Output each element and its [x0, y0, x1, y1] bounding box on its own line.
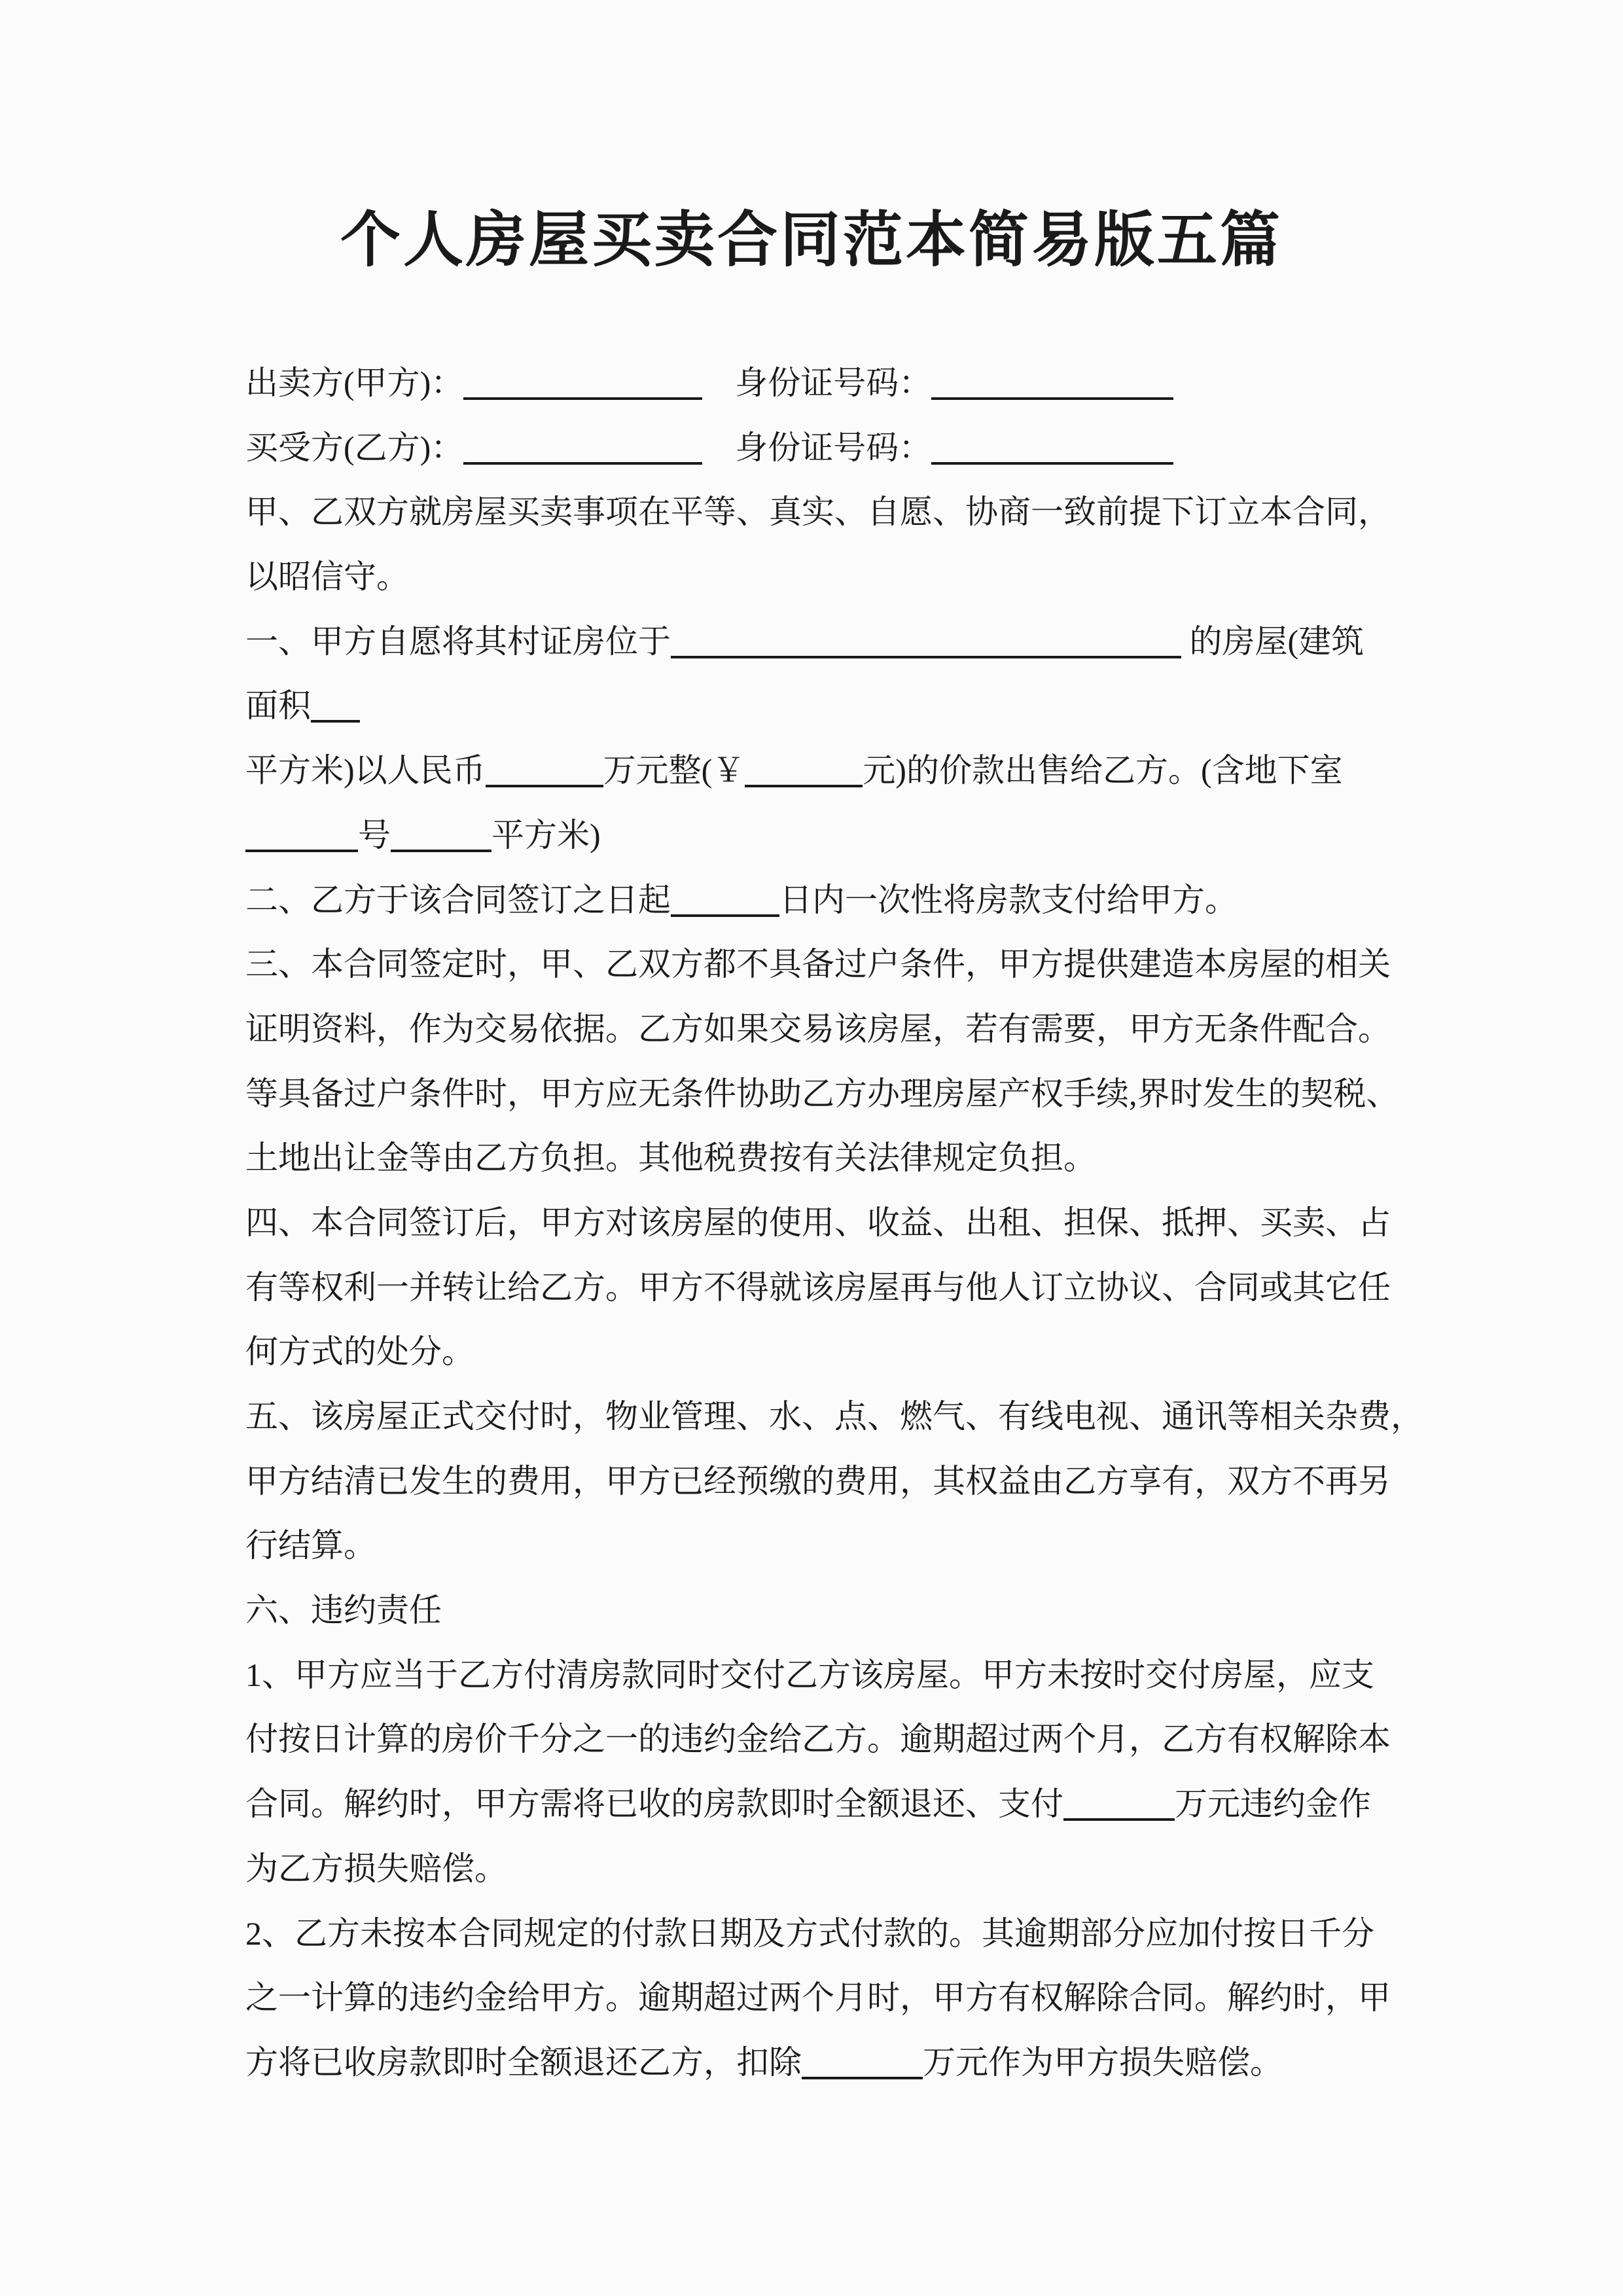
- text-line: 二、乙方于该合同签订之日起日内一次性将房款支付给甲方。: [245, 868, 1417, 933]
- line-text: 甲、乙双方就房屋买卖事项在平等、真实、自愿、协商一致前提下订立本合同，: [245, 493, 1391, 530]
- line-text: 买受方(乙方)：: [245, 429, 463, 466]
- text-line: 以昭信守。: [245, 545, 1417, 609]
- line-text: 等具备过户条件时，甲方应无条件协助乙方办理房屋产权手续,界时发生的契税、: [245, 1075, 1399, 1112]
- text-line: 五、该房屋正式交付时，物业管理、水、点、燃气、有线电视、通讯等相关杂费，: [245, 1384, 1417, 1449]
- text-line: 等具备过户条件时，甲方应无条件协助乙方办理房屋产权手续,界时发生的契税、: [245, 1062, 1417, 1126]
- line-text: 号: [358, 817, 391, 853]
- text-line: 2、乙方未按本合同规定的付款日期及方式付款的。其逾期部分应加付按日千分: [245, 1901, 1417, 1966]
- line-text: 日内一次性将房款支付给甲方。: [779, 882, 1238, 918]
- contract-page: 个人房屋买卖合同范本简易版五篇 出卖方(甲方)： 身份证号码：买受方(乙方)： …: [0, 0, 1623, 2296]
- line-text: 四、本合同签订后，甲方对该房屋的使用、收益、出租、担保、抵押、买卖、占: [245, 1204, 1391, 1241]
- line-text: 何方式的处分。: [245, 1333, 474, 1370]
- blank-underline: [311, 691, 360, 723]
- text-line: 出卖方(甲方)： 身份证号码：: [245, 351, 1417, 416]
- line-text: 合同。解约时，甲方需将已收的房款即时全额退还、支付: [245, 1785, 1063, 1822]
- text-line: 方将已收房款即时全额退还乙方，扣除万元作为甲方损失赔偿。: [245, 2030, 1417, 2095]
- text-line: 何方式的处分。: [245, 1319, 1417, 1384]
- line-text: 万元整(￥: [603, 752, 745, 789]
- blank-underline: [463, 368, 702, 400]
- text-line: 合同。解约时，甲方需将已收的房款即时全额退还、支付万元违约金作: [245, 1772, 1417, 1837]
- blank-underline: [802, 2047, 923, 2079]
- text-line: 证明资料，作为交易依据。乙方如果交易该房屋，若有需要，甲方无条件配合。: [245, 997, 1417, 1062]
- text-line: 一、甲方自愿将其村证房位于 的房屋(建筑: [245, 609, 1417, 674]
- line-text: 的房屋(建筑: [1181, 623, 1364, 660]
- blank-underline: [671, 626, 1181, 658]
- line-text: 土地出让金等由乙方负担。其他税费按有关法律规定负担。: [245, 1139, 1096, 1176]
- text-line: 1、甲方应当于乙方付清房款同时交付乙方该房屋。甲方未按时交付房屋，应支: [245, 1643, 1417, 1708]
- line-text: 平方米): [491, 817, 601, 853]
- blank-underline: [671, 885, 779, 917]
- text-line: 号平方米): [245, 803, 1417, 868]
- text-line: 甲、乙双方就房屋买卖事项在平等、真实、自愿、协商一致前提下订立本合同，: [245, 480, 1417, 545]
- blank-underline: [245, 820, 358, 852]
- line-text: 方将已收房款即时全额退还乙方，扣除: [245, 2044, 802, 2081]
- text-line: 有等权利一并转让给乙方。甲方不得就该房屋再与他人订立协议、合同或其它任: [245, 1255, 1417, 1320]
- line-text: 一、甲方自愿将其村证房位于: [245, 623, 671, 660]
- line-text: 面积: [245, 687, 311, 724]
- line-text: 三、本合同签定时，甲、乙双方都不具备过户条件，甲方提供建造本房屋的相关: [245, 946, 1391, 982]
- line-text: 1、甲方应当于乙方付清房款同时交付乙方该房屋。甲方未按时交付房屋，应支: [245, 1657, 1374, 1693]
- line-text: 以昭信守。: [245, 558, 409, 595]
- text-line: 四、本合同签订后，甲方对该房屋的使用、收益、出租、担保、抵押、买卖、占: [245, 1191, 1417, 1255]
- line-text: 元)的价款出售给乙方。(含地下室: [863, 752, 1342, 789]
- line-text: 行结算。: [245, 1527, 376, 1564]
- text-line: 六、违约责任: [245, 1578, 1417, 1643]
- blank-underline: [931, 433, 1173, 465]
- line-text: 为乙方损失赔偿。: [245, 1850, 507, 1887]
- line-text: 六、违约责任: [245, 1592, 442, 1628]
- line-text: 证明资料，作为交易依据。乙方如果交易该房屋，若有需要，甲方无条件配合。: [245, 1011, 1391, 1047]
- text-line: 买受方(乙方)： 身份证号码：: [245, 416, 1417, 480]
- line-text: 万元违约金作: [1175, 1785, 1371, 1822]
- text-line: 甲方结清已发生的费用，甲方已经预缴的费用，其权益由乙方享有，双方不再另: [245, 1449, 1417, 1514]
- line-text: 万元作为甲方损失赔偿。: [923, 2044, 1283, 2081]
- blank-underline: [391, 820, 491, 852]
- text-line: 为乙方损失赔偿。: [245, 1837, 1417, 1901]
- blank-underline: [486, 755, 603, 787]
- line-text: 身份证号码：: [702, 429, 931, 466]
- line-text: 五、该房屋正式交付时，物业管理、水、点、燃气、有线电视、通讯等相关杂费，: [245, 1398, 1423, 1435]
- blank-underline: [745, 755, 863, 787]
- text-line: 三、本合同签定时，甲、乙双方都不具备过户条件，甲方提供建造本房屋的相关: [245, 932, 1417, 997]
- text-line: 行结算。: [245, 1513, 1417, 1578]
- text-line: 平方米)以人民币万元整(￥元)的价款出售给乙方。(含地下室: [245, 738, 1417, 803]
- blank-underline: [463, 433, 702, 465]
- document-title: 个人房屋买卖合同范本简易版五篇: [0, 192, 1623, 278]
- document-body: 出卖方(甲方)： 身份证号码：买受方(乙方)： 身份证号码：甲、乙双方就房屋买卖…: [245, 351, 1417, 2095]
- line-text: 有等权利一并转让给乙方。甲方不得就该房屋再与他人订立协议、合同或其它任: [245, 1269, 1391, 1306]
- line-text: 身份证号码：: [702, 365, 931, 401]
- line-text: 之一计算的违约金给甲方。逾期超过两个月时，甲方有权解除合同。解约时，甲: [245, 1979, 1391, 2016]
- text-line: 面积: [245, 673, 1417, 738]
- blank-underline: [1063, 1789, 1175, 1821]
- line-text: 付按日计算的房价千分之一的违约金给乙方。逾期超过两个月，乙方有权解除本: [245, 1721, 1391, 1757]
- text-line: 土地出让金等由乙方负担。其他税费按有关法律规定负担。: [245, 1126, 1417, 1191]
- line-text: 出卖方(甲方)：: [245, 365, 463, 401]
- line-text: 2、乙方未按本合同规定的付款日期及方式付款的。其逾期部分应加付按日千分: [245, 1915, 1374, 1952]
- blank-underline: [931, 368, 1173, 400]
- line-text: 甲方结清已发生的费用，甲方已经预缴的费用，其权益由乙方享有，双方不再另: [245, 1463, 1391, 1499]
- text-line: 付按日计算的房价千分之一的违约金给乙方。逾期超过两个月，乙方有权解除本: [245, 1707, 1417, 1772]
- text-line: 之一计算的违约金给甲方。逾期超过两个月时，甲方有权解除合同。解约时，甲: [245, 1965, 1417, 2030]
- line-text: 二、乙方于该合同签订之日起: [245, 882, 671, 918]
- line-text: 平方米)以人民币: [245, 752, 486, 789]
